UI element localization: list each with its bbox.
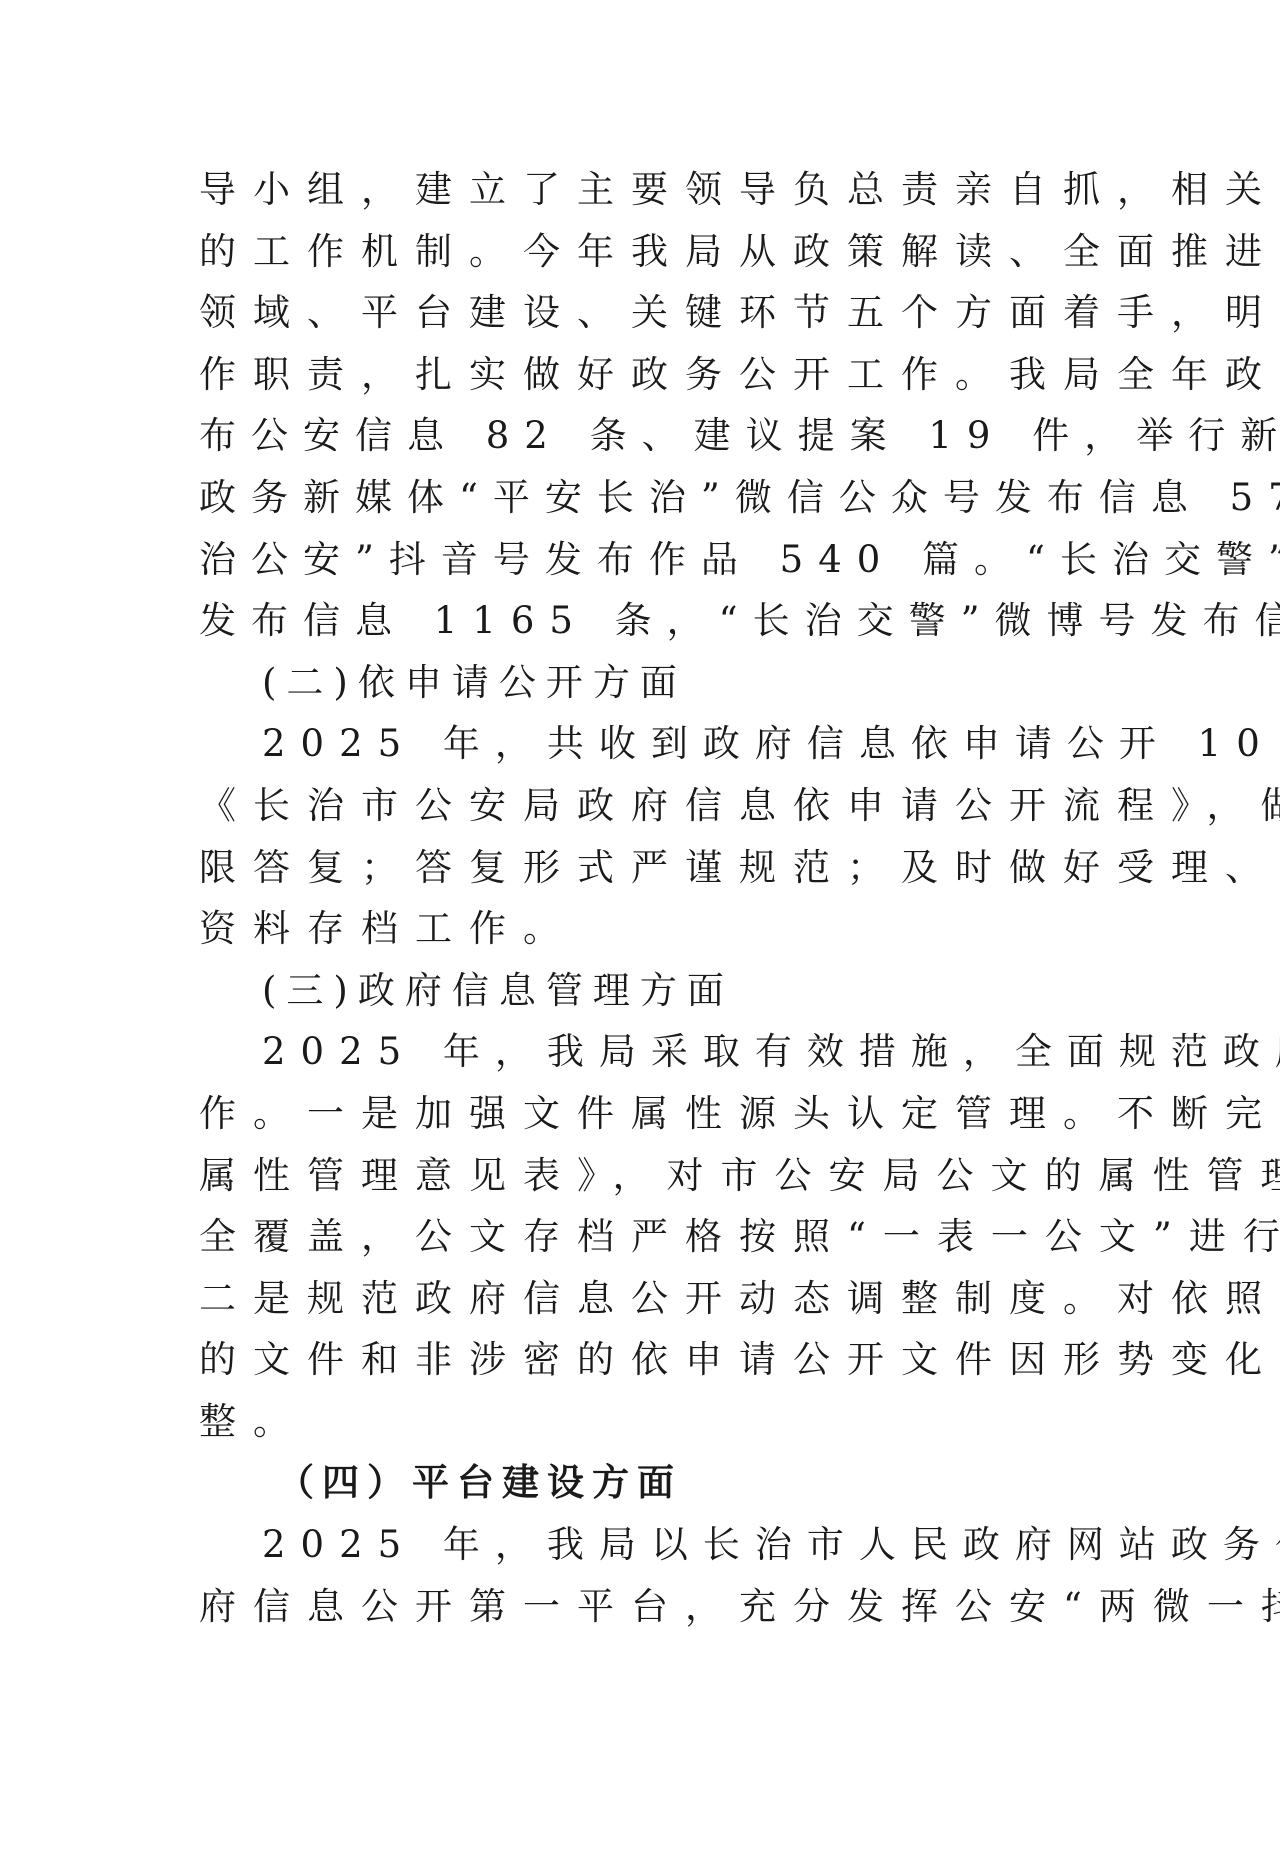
paragraph-line: 的文件和非涉密的依申请公开文件因形势变化进行实时调 — [199, 1329, 1089, 1391]
paragraph-first-line: 2025 年，共收到政府信息依申请公开 10 件。严格按照 — [199, 713, 1089, 775]
paragraph-line: 领域、平台建设、关键环节五个方面着手，明确各科室的工 — [199, 282, 1089, 344]
paragraph-line: 《长治市公安局政府信息依申请公开流程》，做到了法定时 — [199, 775, 1089, 837]
paragraph-line: 资料存档工作。 — [199, 898, 1089, 960]
paragraph-line: 发布信息 1165 条，“长治交警”微博号发布信息 679 条。 — [199, 590, 1089, 652]
section-heading-3: (三)政府信息管理方面 — [199, 960, 1089, 1022]
paragraph-line: 限答复；答复形式严谨规范；及时做好受理、协调、答复及 — [199, 837, 1089, 899]
paragraph-line: 整。 — [199, 1391, 1089, 1453]
paragraph-first-line: 2025 年，我局以长治市人民政府网站政务公开专栏为政 — [199, 1514, 1089, 1576]
paragraph-line: 作职责，扎实做好政务公开工作。我局全年政务公开专栏发 — [199, 344, 1089, 406]
paragraph-line: 作。一是加强文件属性源头认定管理。不断完善《拟发文件 — [199, 1083, 1089, 1145]
paragraph-line: 全覆盖，公文存档严格按照“一表一公文”进行规范管理。 — [199, 1206, 1089, 1268]
paragraph-first-line: 2025 年，我局采取有效措施，全面规范政府信息管理工 — [199, 1021, 1089, 1083]
section-heading-2: (二)依申请公开方面 — [199, 652, 1089, 714]
paragraph-line: 政务新媒体“平安长治”微信公众号发布信息 5745 条，“长 — [199, 467, 1089, 529]
paragraph-line: 布公安信息 82 条、建议提案 19 件，举行新闻发布会 3 次。 — [199, 405, 1089, 467]
paragraph-line: 的工作机制。今年我局从政策解读、全面推进五公开、重点 — [199, 221, 1089, 283]
document-page: 导小组，建立了主要领导负总责亲自抓，相关科室具体承办 的工作机制。今年我局从政策… — [199, 159, 1089, 1637]
paragraph-line: 二是规范政府信息公开动态调整制度。对依照法定程序解密 — [199, 1268, 1089, 1330]
paragraph-line: 治公安”抖音号发布作品 540 篇。“长治交警”微信公众号 — [199, 529, 1089, 591]
paragraph-line: 属性管理意见表》，对市公安局公文的属性管理实现一张表 — [199, 1145, 1089, 1207]
section-heading-4: （四）平台建设方面 — [199, 1452, 1089, 1514]
paragraph-line: 府信息公开第一平台，充分发挥公安“两微一抖”新媒体矩 — [199, 1576, 1089, 1638]
paragraph-line: 导小组，建立了主要领导负总责亲自抓，相关科室具体承办 — [199, 159, 1089, 221]
